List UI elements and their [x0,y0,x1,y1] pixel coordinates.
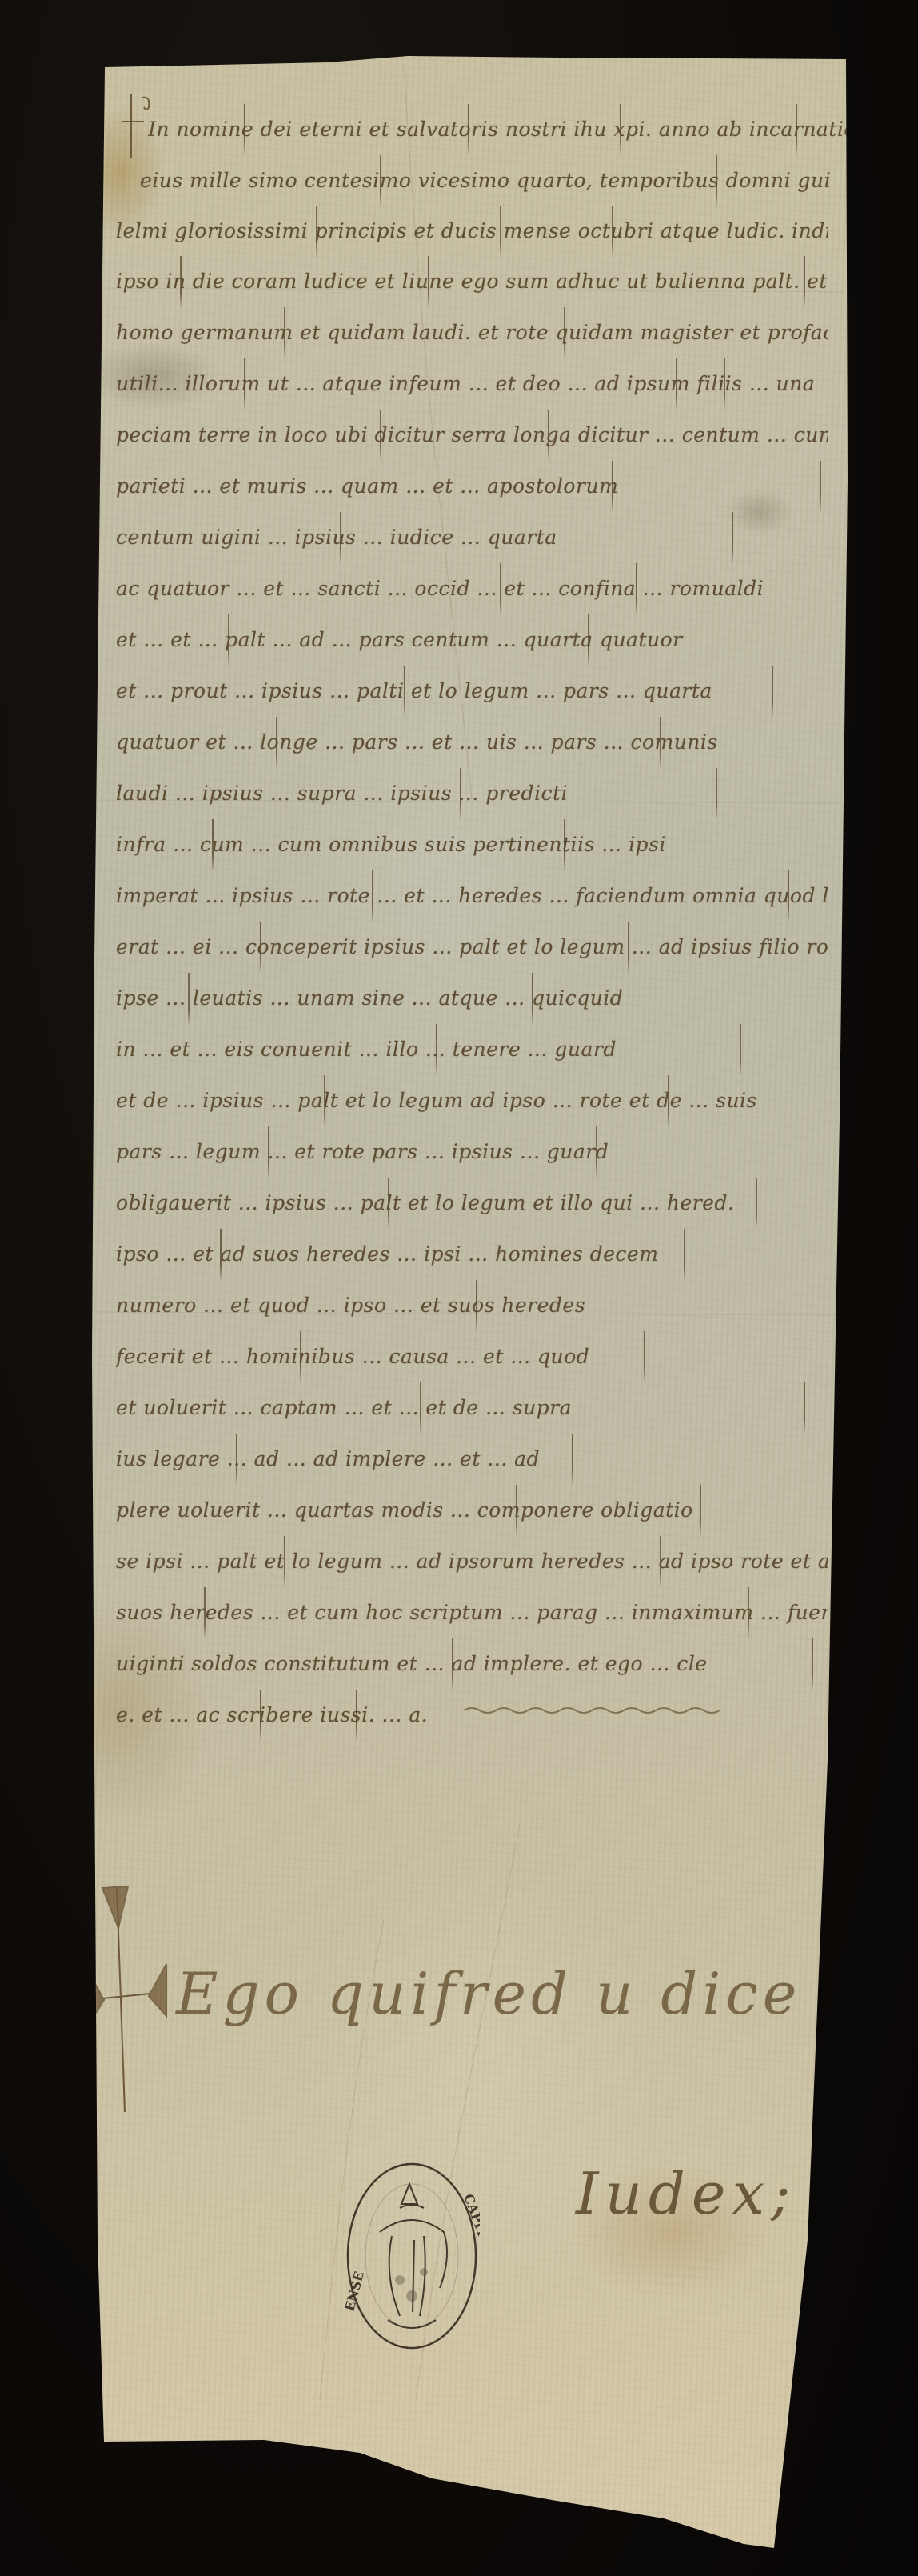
text-line: infra ... cum ... cum omnibus suis perti… [116,819,828,870]
text-line: et ... et ... palt ... ad ... pars centu… [116,614,828,666]
svg-text:ENSE: ENSE [344,2270,367,2313]
text-line: uiginti soldos constitutum et ... ad imp… [116,1638,828,1690]
text-line: e. et ... ac scribere iussi. ... a. [116,1690,452,1741]
text-line: et ... prout ... ipsius ... palti et lo … [116,666,828,717]
text-line: imperat ... ipsius ... rote ... et ... h… [116,870,828,922]
text-line: in ... et ... eis conuenit ... illo ... … [116,1024,828,1075]
text-line: In nomine dei eterni et salvatoris nostr… [148,104,860,155]
notary-signature: Ego quifred u dice Iudex; [64,1848,808,2120]
text-line: eius mille simo centesimo vicesimo quart… [140,155,852,206]
text-line: peciam terre in loco ubi dicitur serra l… [116,410,828,461]
text-line: quatuor et ... longe ... pars ... et ...… [116,717,828,768]
text-line: lelmi gloriosissimi principis et ducis m… [116,206,828,257]
closing-flourish [464,1704,736,1715]
text-line: se ipsi ... palt et lo legum ... ad ipso… [116,1536,828,1587]
text-line: fecerit et ... hominibus ... causa ... e… [116,1331,828,1382]
svg-text:CAPITULI: CAPITULI [461,2192,480,2264]
text-line: homo germanum et quidam laudi. et rote q… [116,307,828,358]
text-line: parieti ... et muris ... quam ... et ...… [116,461,828,512]
ruling-lines [0,0,918,2576]
seal-stamp-icon: CAPITULI ENSE [344,2160,480,2352]
text-line: centum uigini ... ipsius ... iudice ... … [116,512,828,563]
text-line: suos heredes ... et cum hoc scriptum ...… [116,1587,828,1638]
text-line: plere uoluerit ... quartas modis ... com… [116,1485,828,1536]
cross-icon [120,90,152,162]
text-line: ipso in die coram ludice et liune ego su… [116,256,828,307]
text-line: obligauerit ... ipsius ... palt et lo le… [116,1178,828,1229]
parchment-sheet: In nomine dei eterni et salvatoris nostr… [0,0,918,2576]
signature-line-2: Iudex; [576,2160,796,2227]
text-line: pars ... legum ... et rote pars ... ipsi… [116,1126,828,1178]
signature-line-1: Ego quifred u dice [176,1960,801,2027]
text-line: ipse ... leuatis ... unam sine ... atque… [116,973,828,1024]
text-line: laudi ... ipsius ... supra ... ipsius ..… [116,768,828,819]
text-line: ipso ... et ad suos heredes ... ipsi ...… [116,1229,828,1280]
text-line: et uoluerit ... captam ... et ... et de … [116,1382,828,1434]
text-line: erat ... ei ... conceperit ipsius ... pa… [116,922,828,973]
text-line: ius legare ... ad ... ad implere ... et … [116,1434,828,1485]
signum-cross-icon [86,1872,182,2112]
text-line: et de ... ipsius ... palt et lo legum ad… [116,1075,828,1126]
text-line: ac quatuor ... et ... sancti ... occid .… [116,563,828,614]
text-line: numero ... et quod ... ipso ... et suos … [116,1280,828,1331]
text-line: utili... illorum ut ... atque infeum ...… [116,358,828,410]
